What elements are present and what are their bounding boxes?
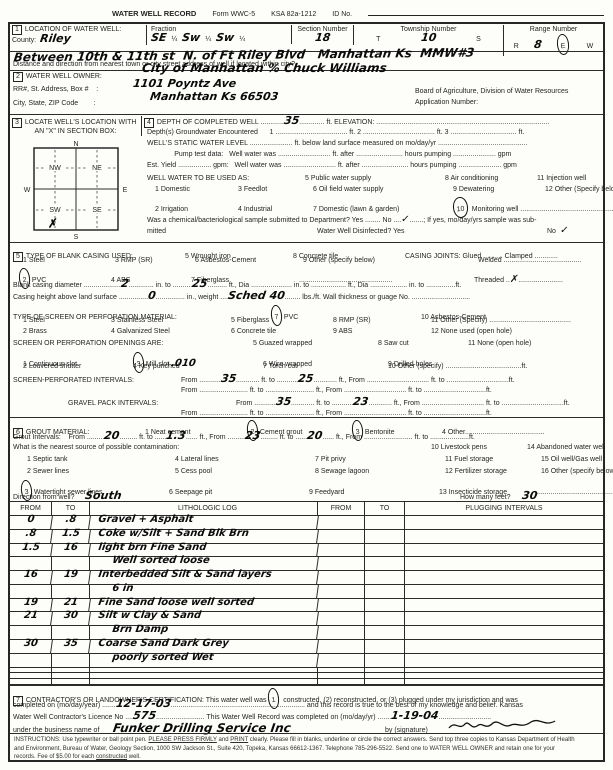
interval-value [10, 654, 52, 667]
gravel-to-handwriting: 23 [353, 398, 370, 407]
lithologic-table-body: 0.8Gravel + Asphalt.81.5Coke w/Silt + Sa… [10, 516, 603, 685]
interval-value: 1.5 [9, 544, 53, 557]
interval-rest: ............ ft., From .................… [369, 400, 570, 408]
quarter-mark: ¼ [171, 36, 177, 44]
interval-value [318, 530, 365, 543]
mill-slot-size-handwriting: .010 [171, 360, 197, 368]
interval-value [318, 626, 365, 639]
opt-domestic: 1 Domestic [147, 186, 238, 194]
col-from-2: FROM [318, 502, 365, 515]
interval-blank-line: From ......................... ft. to ..… [181, 387, 492, 395]
interval-value [318, 557, 365, 570]
interval-value [318, 516, 365, 529]
casing-height-pre: Casing height above land surface .......… [13, 294, 148, 302]
interval-value: 21 [9, 612, 53, 625]
section-number-handwriting: 18 [314, 34, 331, 43]
instructions-1e: clearly. Please fill in blanks, underlin… [248, 737, 574, 743]
interval-value [10, 585, 52, 598]
section-1-title: LOCATION OF WATER WELL: [25, 26, 121, 34]
instructions-press-firmly: PLEASE PRESS FIRMLY [148, 737, 216, 743]
owner-handwriting: City of Manhattan % Chuck Williams [141, 64, 387, 74]
interval-value [318, 668, 365, 673]
interval-value [365, 599, 405, 612]
pump-test-line: Pump test data: Well water was .........… [147, 151, 511, 159]
interval-value: 19 [51, 571, 91, 584]
interval-value [52, 654, 90, 667]
opt-guazed: 5 Guazed wrapped [253, 340, 378, 348]
interval-value [365, 679, 405, 684]
grout-intervals-seg3: ...... ft., From ......... [186, 434, 245, 442]
opt-monitoring-num: 10 [456, 206, 464, 214]
interval-value [52, 668, 90, 673]
opt-screen-pvc-num: 7 [274, 314, 279, 321]
grout-from-2-handwriting: 23 [244, 432, 261, 441]
opt-stainless: 3 Stainless Steel [111, 317, 231, 325]
use-title: WELL WATER TO BE USED AS: [147, 175, 305, 183]
contamination-title: What is the nearest source of possible c… [13, 444, 431, 452]
interval-value [365, 544, 405, 557]
interval-value [405, 612, 603, 625]
statute-number: KSA 82a-1212 [271, 11, 316, 19]
section-2-numbox: 2 [13, 72, 23, 82]
screen-from-handwriting: 35 [220, 375, 237, 384]
opt-monitoring-well: Monitoring well ........................… [470, 206, 613, 214]
fraction-3-handwriting: Sw [216, 34, 235, 43]
lithology-text: Gravel + Asphalt [89, 516, 319, 529]
section-3-locate: 3LOCATE WELL'S LOCATION WITH AN "X" IN S… [10, 116, 142, 136]
opt-screen-concrete: 6 Concrete tile [231, 328, 333, 336]
direction-handwriting: South [84, 492, 205, 501]
interval-value [365, 585, 405, 598]
opt-screen-rmp: 8 RMP (SR) [333, 317, 431, 325]
county-handwriting: Riley [40, 35, 72, 44]
opt-other-use: 12 Other (Specify below) [545, 186, 613, 194]
casing-diameter-mid: ............. in. to .......... [128, 282, 192, 290]
interval-value: .8 [51, 516, 91, 529]
interval-value [52, 585, 90, 598]
interval-value [365, 673, 405, 678]
depth-line-post: ............. ft. ELEVATION: ...........… [299, 119, 549, 127]
opt-lateral: 4 Lateral lines [175, 456, 315, 464]
interval-value [365, 571, 405, 584]
opt-septic: 1 Septic tank [13, 456, 175, 464]
threaded-label: Threaded .. [474, 277, 510, 285]
opt-steel: 1 Steel [13, 257, 115, 265]
lithology-text: 6 in [89, 585, 319, 598]
interval-value: 35 [51, 640, 91, 653]
interval-value [405, 640, 603, 653]
instructions-print: PRINT [230, 737, 248, 743]
opt-galvanized: 4 Galvanized Steel [111, 328, 231, 336]
casing-height-handwriting: 0 [147, 292, 156, 301]
section-4-depth: 4DEPTH OF COMPLETED WELL ............35.… [142, 115, 613, 238]
screen-to-handwriting: 25 [298, 375, 315, 384]
completed-on-post: ........................................… [171, 702, 523, 710]
interval-value [365, 530, 405, 543]
disinfected-no-check-mark: ✓ [559, 227, 569, 235]
interval-to: ............ ft. to ........... [291, 400, 353, 408]
compass-w-label: W [24, 187, 31, 194]
lithology-text: poorly sorted Wet [89, 654, 319, 667]
opt-brass: 2 Brass [13, 328, 111, 336]
opt-rmp: 3 RMP (SR) [115, 257, 195, 265]
licence-number-handwriting: 575 [132, 712, 156, 721]
form-number: Form WWC-5 [212, 11, 255, 19]
quadrant-sw-label: SW [49, 207, 61, 214]
instructions-footer: INSTRUCTIONS: Use typewriter or ball poi… [10, 733, 603, 760]
quadrant-ne-label: NE [92, 165, 102, 172]
fraction-cell: Fraction SE¼ Sw¼ Sw¼ [146, 25, 291, 45]
form-title: WATER WELL RECORD [112, 10, 196, 19]
section-6-grout: 6GROUT MATERIAL:1 Neat cement2Cement gro… [10, 417, 603, 501]
lithology-text: Interbedded Silt & Sand layers [89, 571, 319, 584]
opt-sewer-lines: 2 Sewer lines [13, 468, 175, 476]
opt-feedyard: 9 Feedyard [309, 489, 439, 497]
interval-value [405, 654, 603, 667]
township-t: T [376, 36, 380, 44]
lithology-text [90, 668, 318, 673]
depth-line-pre: DEPTH OF COMPLETED WELL ............ [157, 119, 284, 127]
col-to-2: TO [365, 502, 405, 515]
opt-irrigation: 2 Irrigation [147, 206, 238, 214]
lithology-text [90, 673, 318, 678]
lithology-text [90, 679, 318, 684]
opt-other-opening: 10 Other (specify) .....................… [388, 363, 527, 371]
opt-torch-cut: 7 Torch cut [263, 363, 388, 371]
depth-handwriting: 35 [283, 117, 300, 126]
instructions-3a: records. Fee of $5.00 for each [14, 754, 96, 760]
disinfected-no-label: No [547, 228, 556, 236]
constructed-num: 1 [272, 697, 277, 704]
form-border: 1LOCATION OF WATER WELL: County:Riley Fr… [8, 22, 605, 762]
interval-value [365, 668, 405, 673]
feet-handwriting: 30 [521, 492, 538, 501]
interval-value: 30 [9, 640, 53, 653]
city-state-zip-handwriting: Manhattan Ks 66503 [149, 93, 278, 102]
disinfected-label: Water Well Disinfected? Yes [317, 228, 487, 236]
lithology-text: Coarse Sand Dark Grey [89, 640, 319, 653]
opt-public-supply: 5 Public water supply [305, 175, 445, 183]
interval-value [405, 668, 603, 673]
interval-value [365, 654, 405, 667]
completed-on-pre: completed on (mo/day/year) ....... [13, 702, 116, 710]
lithology-text: Coke w/Silt + Sand Blk Brn [89, 530, 319, 543]
section-number-cell: Section Number 18 [291, 25, 353, 44]
instructions-2: and Environment, Bureau of Water, Geolog… [14, 745, 599, 754]
section-3-4-row: 3LOCATE WELL'S LOCATION WITH AN "X" IN S… [10, 114, 603, 242]
township-s: S [476, 36, 481, 44]
interval-value: 1.5 [51, 530, 91, 543]
opt-pvc-num: 2 [22, 277, 27, 284]
casing-depth-handwriting: 25 [192, 280, 209, 289]
interval-value [318, 544, 365, 557]
interval-value [365, 626, 405, 639]
casing-diameter-handwriting: 2 [120, 280, 129, 289]
opt-feedlot: 3 Feedlot [238, 186, 313, 194]
interval-value [318, 679, 365, 684]
county-label: County: [12, 37, 36, 45]
opt-air-conditioning: 8 Air conditioning [445, 175, 537, 183]
instructions-3c: well. [127, 754, 141, 760]
quarter-mark: ¼ [205, 36, 211, 44]
opt-screen-steel: 1 Steel [13, 317, 111, 325]
gravel-intervals-label: GRAVEL PACK INTERVALS: [13, 400, 236, 408]
gravel-from-handwriting: 35 [275, 398, 292, 407]
grout-to-2-handwriting: 20 [306, 432, 323, 441]
quadrant-nw-label: NW [49, 165, 61, 172]
id-label: ID No. [332, 11, 352, 19]
interval-value [318, 585, 365, 598]
opt-dewatering: 9 Dewatering [453, 186, 545, 194]
interval-value [318, 599, 365, 612]
sample-question-pre: Was a chemical/bacteriological sample su… [147, 217, 401, 225]
screen-intervals-label: SCREEN-PERFORATED INTERVALS: [13, 377, 181, 385]
casing-height-post: ........ lbs./ft. Wall thickness or guag… [285, 294, 470, 302]
grout-intervals-seg4: ......... ft. to ...... [260, 434, 307, 442]
opt-none-open-hole: 12 None used (open hole) [431, 328, 512, 336]
x-mark: ✗ [46, 217, 58, 231]
opt-saw-cut: 8 Saw cut [378, 340, 468, 348]
form-header: WATER WELL RECORD Form WWC-5 KSA 82a-121… [112, 7, 604, 19]
welded-line: Welded .................................… [478, 257, 581, 265]
instructions-1c: and [217, 737, 230, 743]
interval-value [318, 612, 365, 625]
range-handwriting: 8 [534, 41, 543, 50]
interval-value [365, 516, 405, 529]
township-cell: Township Number T10S [353, 25, 503, 45]
opt-industrial: 4 Industrial [238, 206, 313, 214]
opt-abandoned-well: 14 Abandoned water well [527, 444, 605, 452]
signature-scribble [447, 718, 557, 732]
interval-from: From ........... [236, 400, 276, 408]
opt-injection-well: 11 Injection well [537, 175, 586, 183]
interval-value [318, 571, 365, 584]
casing-height-mid: ............... in., weight .... [156, 294, 228, 302]
opt-louvered: 2 Louvered shutter [13, 363, 133, 371]
interval-value [318, 654, 365, 667]
sample-mitted: mitted [147, 228, 317, 236]
opt-asbestos-cement: 6 Asbestos-Cement [195, 257, 303, 265]
section-1-numbox: 1 [12, 25, 22, 35]
grout-intervals-pre: Grout Intervals: From ......... [13, 434, 104, 442]
interval-value [405, 516, 603, 529]
casing-weight-handwriting: Sched 40 [227, 292, 285, 301]
id-blank-line [368, 7, 604, 16]
board-of-agriculture-text: Board of Agriculture, Division of Water … [415, 88, 568, 96]
section-location-diagram: N NW NE SW SE W E [18, 138, 134, 242]
interval-value: 16 [9, 571, 53, 584]
groundwater-line: Depth(s) Groundwater Encountered 1 .....… [147, 129, 524, 137]
interval-value [10, 668, 52, 673]
interval-value [405, 544, 603, 557]
range-west: W [587, 43, 594, 51]
interval-value [318, 640, 365, 653]
street-address-handwriting: 1101 Poyntz Ave [132, 80, 236, 89]
interval-value [52, 679, 90, 684]
interval-value [405, 557, 603, 570]
other-contam-dots: ........................................… [535, 489, 613, 497]
opt-none-opening: 11 None (open hole) [468, 340, 531, 348]
interval-value: 16 [51, 544, 91, 557]
sample-no-check-mark: ✓ [401, 216, 411, 224]
opt-other-contam: 16 Other (specify below) [541, 468, 613, 476]
range-label: Range Number [530, 26, 577, 34]
interval-value [52, 673, 90, 678]
interval-value [405, 673, 603, 678]
compass-e-label: E [123, 187, 128, 194]
quarter-mark: ¼ [239, 36, 245, 44]
address-label: RR#, St. Address, Box # : [13, 86, 98, 94]
interval-value [365, 557, 405, 570]
compass-s-label: S [74, 234, 79, 241]
interval-value [405, 585, 603, 598]
section-7-certification: 7CONTRACTOR'S OR LANDOWNER'S CERTIFICATI… [10, 685, 603, 733]
opt-watertight-num: 3 [24, 489, 29, 496]
quadrant-se-label: SE [92, 207, 102, 214]
locate-title-1: LOCATE WELL'S LOCATION WITH [25, 119, 137, 127]
record-date-handwriting: 1-19-04 [391, 712, 440, 721]
opt-oil-gas-well: 15 Oil well/Gas well [541, 456, 602, 464]
completed-date-handwriting: 12-17-03 [115, 700, 171, 709]
section-2-owner: 2WATER WELL OWNER: RR#, St. Address, Box… [10, 70, 603, 114]
compass-n-label: N [73, 141, 78, 148]
section-5-casing: 5TYPE OF BLANK CASING USED:5 Wrought iro… [10, 242, 603, 417]
opt-cess-pool: 5 Cess pool [175, 468, 315, 476]
application-number-label: Application Number: [415, 99, 478, 107]
instructions-constructed: constructed [96, 754, 127, 760]
interval-value: .8 [9, 530, 53, 543]
sample-question-post: .......; If yes, mo/day/yrs sample was s… [410, 217, 537, 225]
interval-rest: ............ ft., From .................… [314, 377, 515, 385]
interval-value [405, 679, 603, 684]
interval-value [318, 673, 365, 678]
fraction-2-handwriting: Sw [182, 34, 201, 43]
interval-to: ............ ft. to ........... [236, 377, 298, 385]
section-4-numbox: 4 [144, 118, 154, 128]
section-3-numbox: 3 [12, 118, 22, 128]
city-label: City, State, ZIP Code : [13, 100, 96, 108]
opt-livestock: 10 Livestock pens [431, 444, 527, 452]
county-cell: 1LOCATION OF WATER WELL: County:Riley [10, 24, 146, 46]
col-plugging-intervals: PLUGGING INTERVALS [405, 502, 603, 515]
opt-other-casing: 9 Other (specify below) [303, 257, 438, 265]
interval-value [405, 626, 603, 639]
grout-intervals-post: ...... ft., From .......................… [322, 434, 474, 442]
interval-value: 30 [51, 612, 91, 625]
locate-title-2: AN "X" IN SECTION BOX: [35, 128, 117, 136]
opt-screen-other: 11 Other (Specify) .....................… [431, 317, 571, 325]
opt-fuel-storage: 11 Fuel storage [445, 456, 541, 464]
grout-to-1-handwriting: 1.3 [166, 432, 187, 441]
static-level-line: WELL'S STATIC WATER LEVEL ..............… [147, 140, 528, 148]
fraction-1-handwriting: SE [150, 34, 167, 43]
interval-value [10, 679, 52, 684]
interval-value [405, 530, 603, 543]
interval-value [365, 612, 405, 625]
interval-value: 0 [9, 516, 53, 529]
opt-domestic-lawn: 7 Domestic (lawn & garden) [313, 206, 453, 214]
lithologic-table: FROM TO LITHOLOGIC LOG FROM TO PLUGGING … [10, 501, 603, 685]
township-handwriting: 10 [420, 34, 437, 43]
grout-from-1-handwriting: 20 [104, 432, 121, 441]
opt-bentonite-num: 3 [355, 429, 360, 436]
owner-title: WATER WELL OWNER: [26, 73, 102, 81]
opt-sewage-lagoon: 8 Sewage lagoon [315, 468, 445, 476]
interval-value [10, 673, 52, 678]
opt-screen-abs: 9 ABS [333, 328, 431, 336]
range-east: E [561, 43, 566, 50]
opt-fertilizer: 12 Fertilizer storage [445, 468, 541, 476]
openings-title: SCREEN OR PERFORATION OPENINGS ARE: [13, 340, 253, 348]
threaded-x-mark: ✗ [509, 276, 519, 284]
opt-pit-privy: 7 Pit privy [315, 456, 445, 464]
opt-key-punched: 4 Key punched [133, 363, 263, 371]
instructions-1a: INSTRUCTIONS: Use typewriter or ball poi… [14, 737, 148, 743]
opt-mill-slot-num: 3 [136, 360, 141, 367]
interval-value [365, 640, 405, 653]
scanned-water-well-record: WATER WELL RECORD Form WWC-5 KSA 82a-121… [0, 0, 613, 770]
est-yield-line: Est. Yield ................. gpm: Well w… [147, 162, 517, 170]
opt-oil-field: 6 Oil field water supply [313, 186, 453, 194]
range-r: R [514, 43, 519, 51]
interval-from: From ........... [181, 377, 221, 385]
grout-intervals-seg2: ......... ft. to ...... [120, 434, 167, 442]
interval-value [405, 571, 603, 584]
interval-value [405, 599, 603, 612]
threaded-dots: ....................... [518, 277, 563, 285]
table-row: poorly sorted Wet [10, 654, 603, 668]
